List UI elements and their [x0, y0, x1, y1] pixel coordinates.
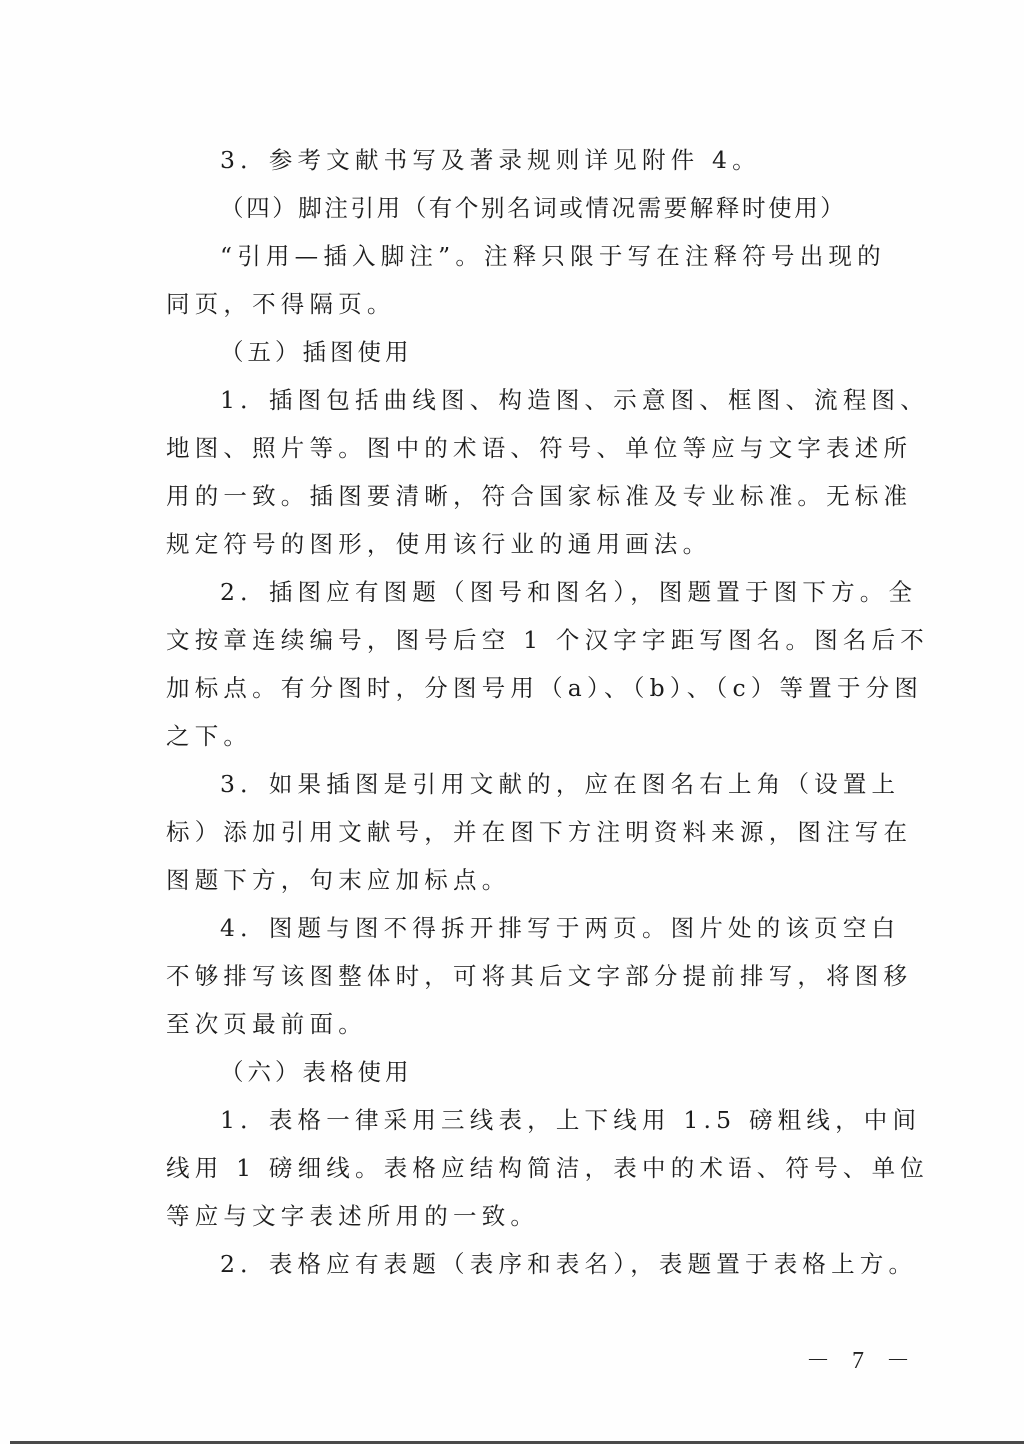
document-page: 3．参考文献书写及著录规则详见附件 4。 （四）脚注引用（有个别名词或情况需要解…	[0, 0, 1024, 1444]
paragraph-table-rule-1: 1．表格一律采用三线表，上下线用 1.5 磅粗线，中间 线用 1 磅细线。表格应…	[166, 1096, 878, 1240]
paragraph-figure-rule-4: 4．图题与图不得拆开排写于两页。图片处的该页空白 不够排写该图整体时，可将其后文…	[166, 904, 878, 1048]
section-heading-figures: （五）插图使用	[166, 328, 878, 376]
heading-text: （五）插图使用	[166, 328, 878, 376]
text-line: 2．插图应有图题（图号和图名），图题置于图下方。全	[166, 568, 878, 616]
text-line: 规定符号的图形，使用该行业的通用画法。	[166, 520, 878, 568]
text-line: 同页，不得隔页。	[166, 280, 878, 328]
text-line: 1．插图包括曲线图、构造图、示意图、框图、流程图、	[166, 376, 878, 424]
paragraph-table-rule-2: 2．表格应有表题（表序和表名），表题置于表格上方。	[166, 1240, 878, 1288]
heading-text: （四）脚注引用（有个别名词或情况需要解释时使用）	[166, 184, 878, 232]
section-heading-tables: （六）表格使用	[166, 1048, 878, 1096]
paragraph-figure-rule-3: 3．如果插图是引用文献的，应在图名右上角（设置上 标）添加引用文献号，并在图下方…	[166, 760, 878, 904]
text-line: 之下。	[166, 712, 878, 760]
text-line: 3．如果插图是引用文献的，应在图名右上角（设置上	[166, 760, 878, 808]
page-number: － 7 －	[806, 1340, 918, 1375]
text-line: 等应与文字表述所用的一致。	[166, 1192, 878, 1240]
text-line: 线用 1 磅细线。表格应结构简洁，表中的术语、符号、单位	[166, 1144, 878, 1192]
text-line: 图题下方，句末应加标点。	[166, 856, 878, 904]
text-line: 1．表格一律采用三线表，上下线用 1.5 磅粗线，中间	[166, 1096, 878, 1144]
text-line: 加标点。有分图时，分图号用（a）、（b）、（c）等置于分图	[166, 664, 878, 712]
text-line: 至次页最前面。	[166, 1000, 878, 1048]
text-line: 文按章连续编号，图号后空 1 个汉字字距写图名。图名后不	[166, 616, 878, 664]
text-line: “引用—插入脚注”。注释只限于写在注释符号出现的	[166, 232, 878, 280]
text-line: 地图、照片等。图中的术语、符号、单位等应与文字表述所	[166, 424, 878, 472]
section-heading-footnotes: （四）脚注引用（有个别名词或情况需要解释时使用）	[166, 184, 878, 232]
text-line: 不够排写该图整体时，可将其后文字部分提前排写，将图移	[166, 952, 878, 1000]
text-line: 4．图题与图不得拆开排写于两页。图片处的该页空白	[166, 904, 878, 952]
text-line: 标）添加引用文献号，并在图下方注明资料来源，图注写在	[166, 808, 878, 856]
paragraph-reference-rule-3: 3．参考文献书写及著录规则详见附件 4。	[166, 136, 878, 184]
text-line: 用的一致。插图要清晰，符合国家标准及专业标准。无标准	[166, 472, 878, 520]
text-line: 2．表格应有表题（表序和表名），表题置于表格上方。	[166, 1240, 878, 1288]
page-body: 3．参考文献书写及著录规则详见附件 4。 （四）脚注引用（有个别名词或情况需要解…	[166, 136, 878, 1288]
text-line: 3．参考文献书写及著录规则详见附件 4。	[166, 136, 878, 184]
paragraph-figure-rule-1: 1．插图包括曲线图、构造图、示意图、框图、流程图、 地图、照片等。图中的术语、符…	[166, 376, 878, 568]
paragraph-figure-rule-2: 2．插图应有图题（图号和图名），图题置于图下方。全 文按章连续编号，图号后空 1…	[166, 568, 878, 760]
heading-text: （六）表格使用	[166, 1048, 878, 1096]
paragraph-footnote-body: “引用—插入脚注”。注释只限于写在注释符号出现的 同页，不得隔页。	[166, 232, 878, 328]
